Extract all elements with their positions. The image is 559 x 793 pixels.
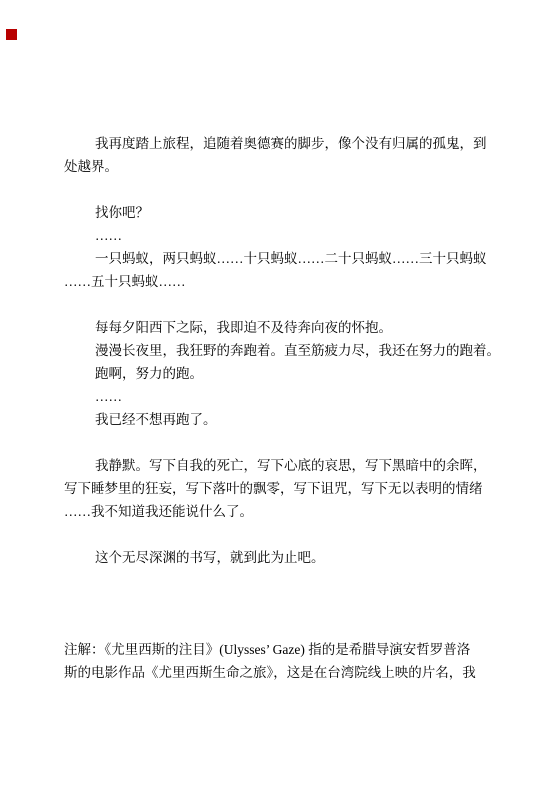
text-line: 写下睡梦里的狂妄，写下落叶的飘零，写下诅咒，写下无以表明的情绪	[64, 477, 504, 500]
blank-line	[64, 293, 504, 316]
text-line: 漫漫长夜里，我狂野的奔跑着。直至筋疲力尽，我还在努力的跑着。	[64, 339, 504, 362]
document-page: 我再度踏上旅程，追随着奥德赛的脚步，像个没有归属的孤鬼，到处越界。找你吧？……一…	[0, 0, 559, 793]
text-line: 一只蚂蚁，两只蚂蚁……十只蚂蚁……二十只蚂蚁……三十只蚂蚁	[64, 247, 504, 270]
document-body: 我再度踏上旅程，追随着奥德赛的脚步，像个没有归属的孤鬼，到处越界。找你吧？……一…	[64, 132, 504, 684]
text-line: 我静默。写下自我的死亡，写下心底的哀思，写下黑暗中的余晖，	[64, 454, 504, 477]
text-line: 注解：《尤里西斯的注目》(Ulysses’ Gaze) 指的是希腊导演安哲罗普洛	[64, 638, 504, 661]
blank-line	[64, 592, 504, 615]
text-line: ……我不知道我还能说什么了。	[64, 500, 504, 523]
red-square-placeholder-icon	[6, 29, 17, 40]
text-line: 斯的电影作品《尤里西斯生命之旅》，这是在台湾院线上映的片名，我	[64, 661, 504, 684]
blank-line	[64, 615, 504, 638]
blank-line	[64, 431, 504, 454]
text-line: 我已经不想再跑了。	[64, 408, 504, 431]
blank-line	[64, 569, 504, 592]
text-line: ……五十只蚂蚁……	[64, 270, 504, 293]
text-line: 找你吧？	[64, 201, 504, 224]
blank-line	[64, 178, 504, 201]
text-line: 每每夕阳西下之际，我即迫不及待奔向夜的怀抱。	[64, 316, 504, 339]
text-line: 处越界。	[64, 155, 504, 178]
blank-line	[64, 523, 504, 546]
text-line: 跑啊，努力的跑。	[64, 362, 504, 385]
text-line: ……	[64, 224, 504, 247]
text-line: ……	[64, 385, 504, 408]
text-line: 这个无尽深渊的书写，就到此为止吧。	[64, 546, 504, 569]
text-line: 我再度踏上旅程，追随着奥德赛的脚步，像个没有归属的孤鬼，到	[64, 132, 504, 155]
